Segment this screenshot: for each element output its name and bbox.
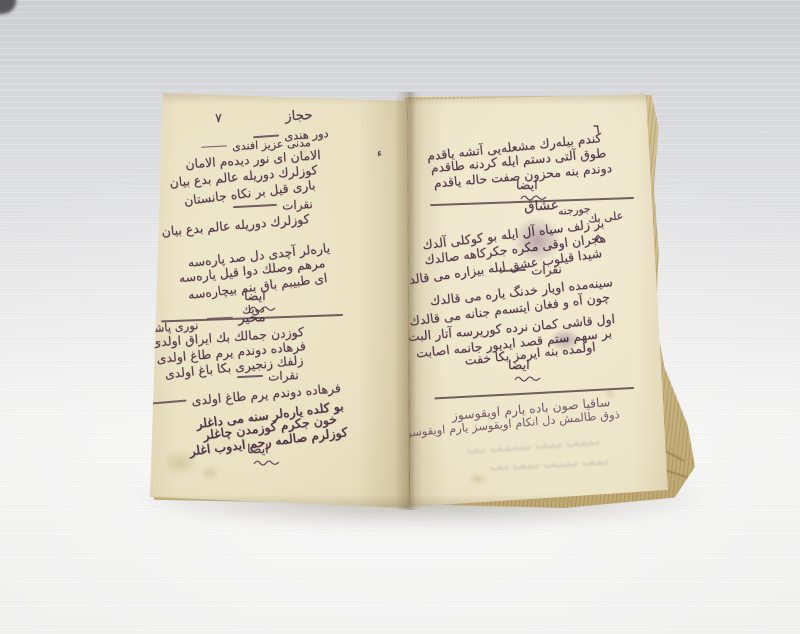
again-label: ايضا	[516, 178, 538, 192]
purple-stamp-blot	[550, 329, 580, 351]
again-label: ايضا	[244, 289, 266, 303]
backdrop-corner-smudge	[0, 0, 16, 14]
page-number: ٧	[215, 111, 222, 125]
photo-backdrop: ٧ حجاز دور هندى مدنى عزيز افندى ء الامان…	[0, 0, 800, 634]
foxing-stain	[468, 473, 488, 485]
flourish-squiggle-icon	[514, 374, 542, 384]
nakarat-line: كوزلرك دوريله عالم بدع بيان	[161, 212, 310, 239]
again-label: ايضا	[247, 442, 269, 456]
left-page: ٧ حجاز دور هندى مدنى عزيز افندى ء الامان…	[149, 92, 409, 509]
purple-stamp-blot	[513, 217, 561, 263]
nakarat-label: نقرات	[237, 369, 299, 385]
right-page: ٦ كندم بيله‌رك مشعله‌يى آتشه ياقدم طوق آ…	[408, 93, 670, 509]
again-label: ايضا	[508, 358, 530, 372]
bleed-through-line: ٮـٮـٮ ٮـٮـٮـٮ ٮـٮـٮ ٮـٮ	[488, 453, 608, 473]
nakarat-label: نقرات	[500, 263, 562, 279]
makam-heading: عشاق	[524, 198, 559, 215]
makam-heading: حجاز	[285, 108, 313, 124]
foxing-stain	[201, 466, 219, 480]
makam-heading: مخير	[207, 310, 266, 328]
flourish-squiggle-icon	[253, 458, 281, 468]
margin-mark: ء	[377, 148, 382, 160]
